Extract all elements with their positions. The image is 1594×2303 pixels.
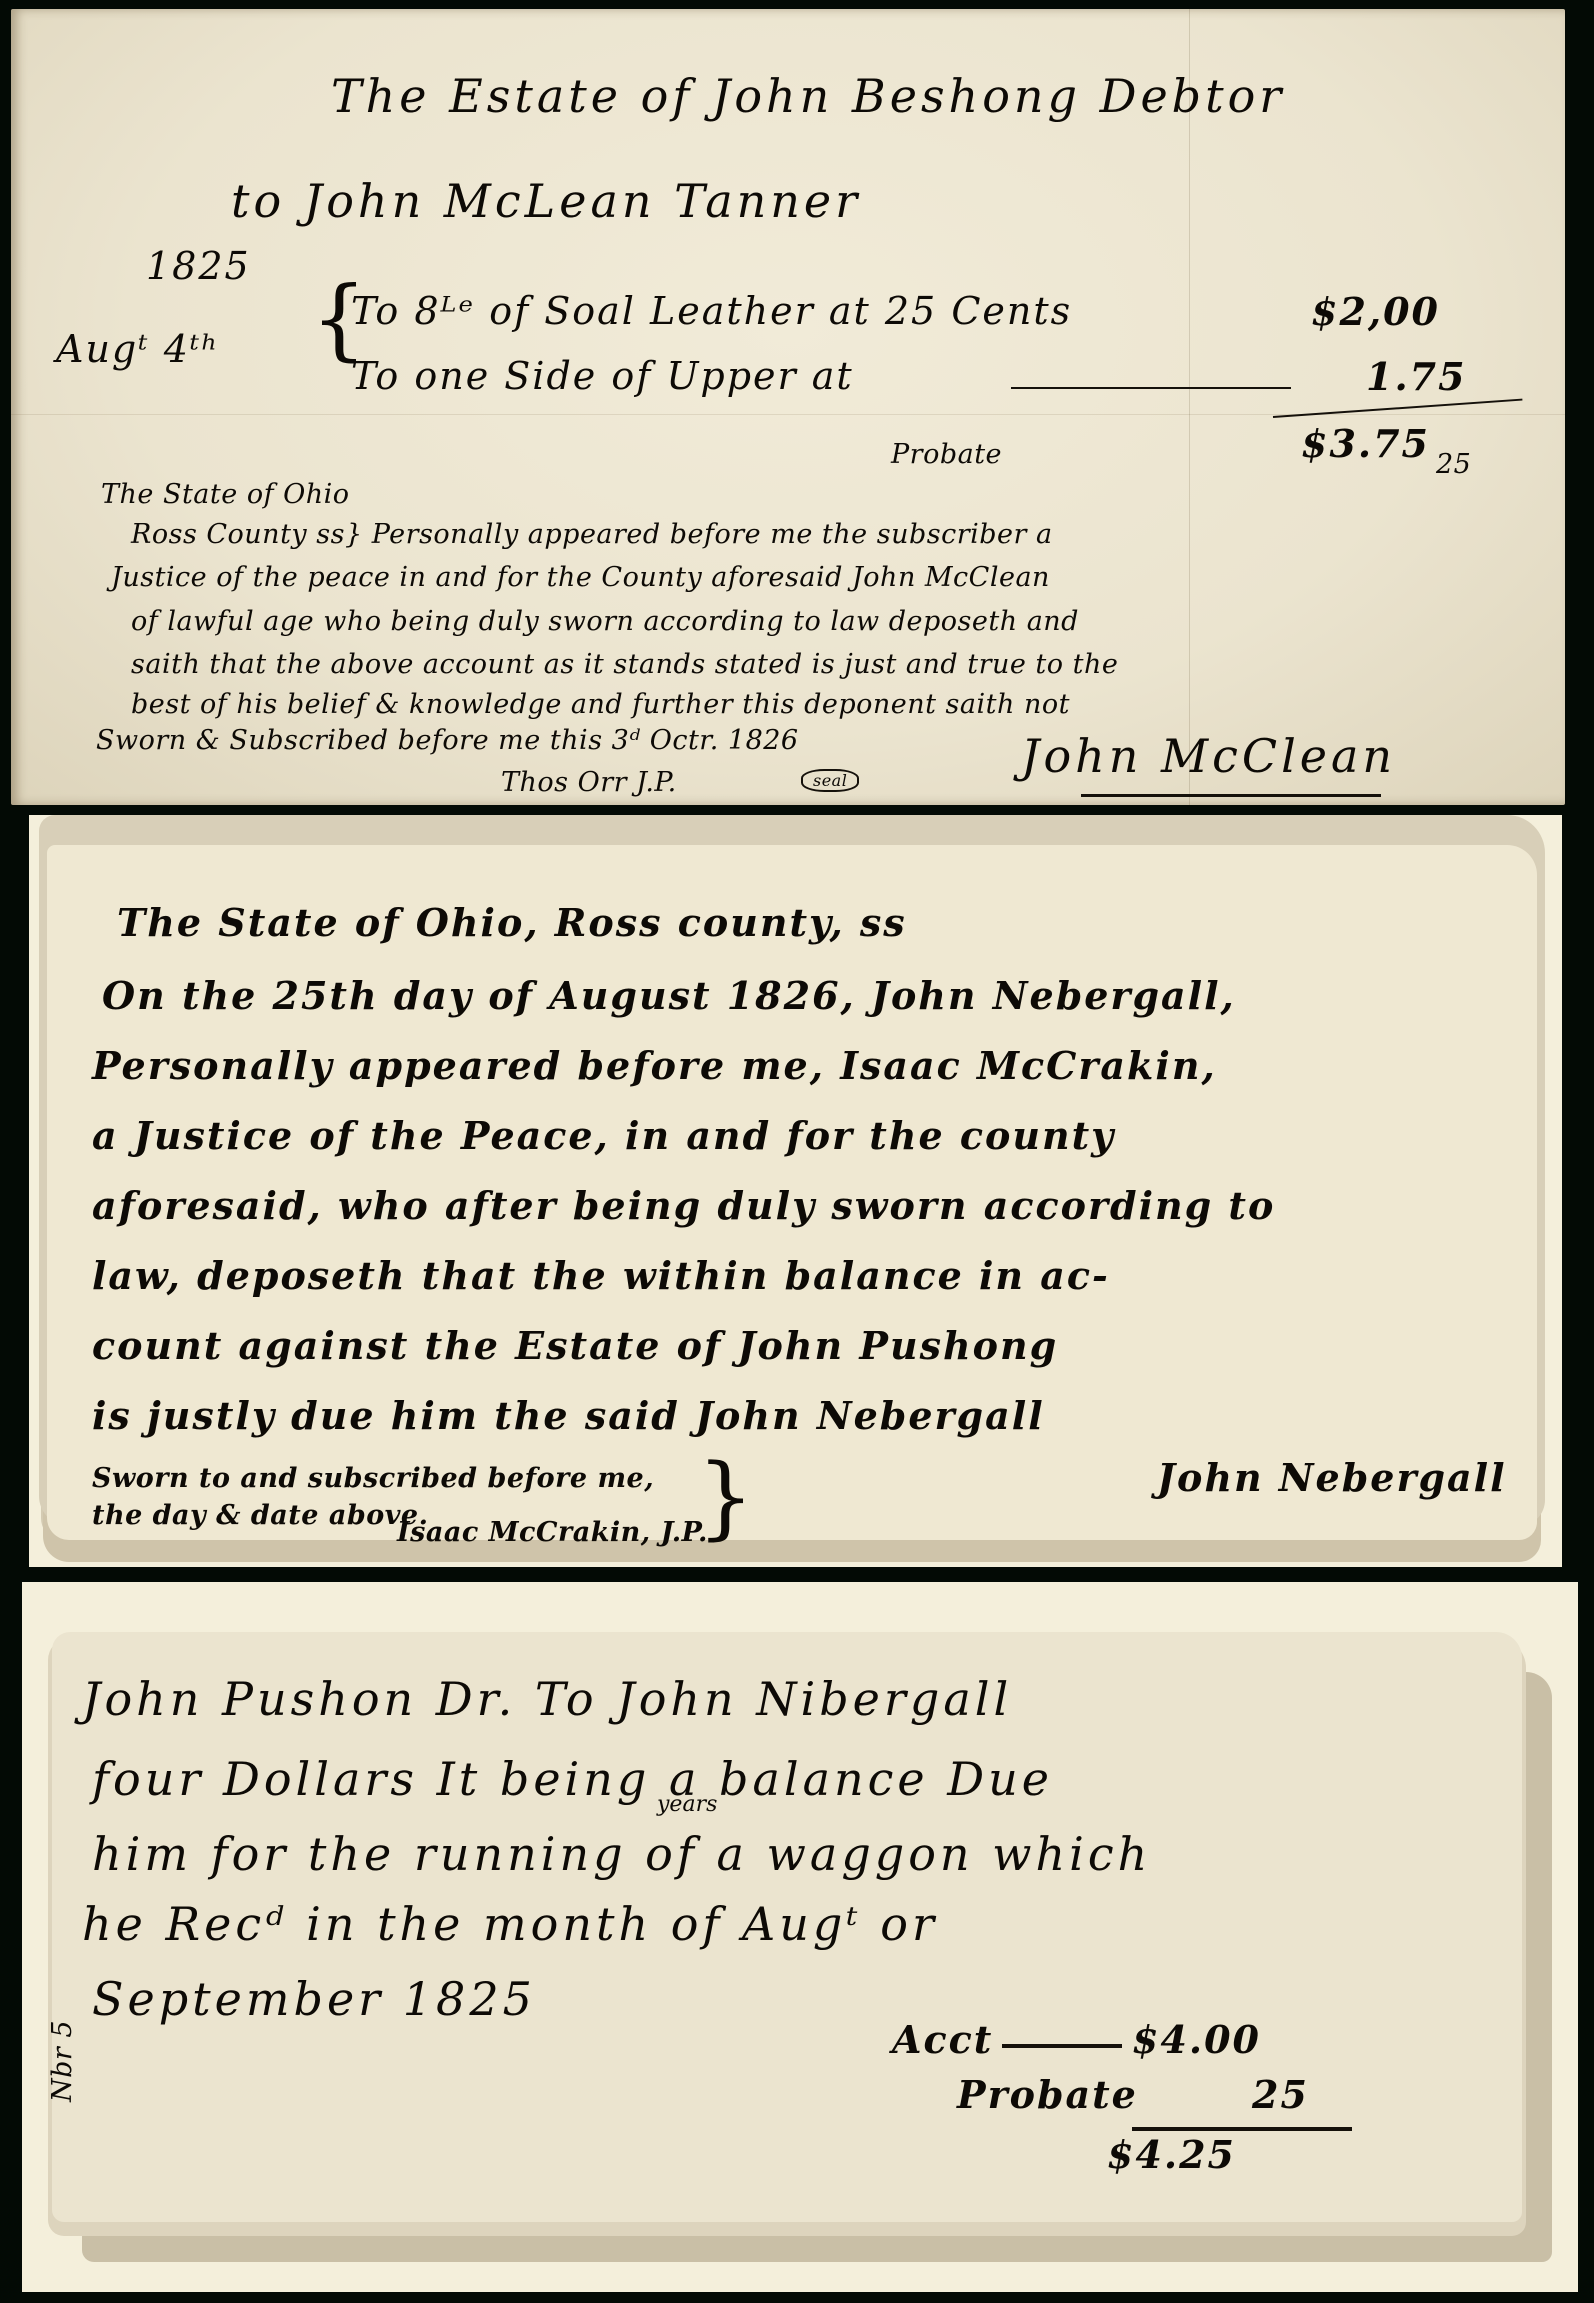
- leader-line: [1011, 387, 1291, 389]
- account-label: Acct: [892, 2017, 993, 2062]
- insertion-note: years: [657, 1792, 717, 1817]
- bill-subtotal: $3.75: [1301, 421, 1430, 466]
- account-line: John Pushon Dr. To John Nibergall: [82, 1672, 1012, 1726]
- seal-mark: seal: [801, 769, 859, 792]
- affidavit-line: count against the Estate of John Pushong: [92, 1323, 1058, 1368]
- jurat-line: Sworn to and subscribed before me,: [92, 1463, 654, 1494]
- account-line: him for the running of a waggon which: [92, 1827, 1151, 1881]
- probate-amount: 25: [1252, 2072, 1309, 2117]
- probate-fee: 25: [1436, 449, 1471, 480]
- bill-item-amount: $2,00: [1311, 289, 1440, 334]
- seal-brace-icon: }: [697, 1445, 754, 1550]
- bill-item-description: To 8ᴸᵉ of Soal Leather at 25 Cents: [351, 289, 1072, 333]
- affidavit-line: On the 25th day of August 1826, John Neb…: [102, 973, 1236, 1018]
- affidavit-line: Ross County ss} Personally appeared befo…: [131, 519, 1053, 550]
- affidavit-jurat: Sworn & Subscribed before me this 3ᵈ Oct…: [96, 725, 799, 756]
- affidavit-line: Personally appeared before me, Isaac McC…: [92, 1043, 1217, 1088]
- bill-item-amount: 1.75: [1366, 354, 1467, 399]
- affiant-signature: John McClean: [1021, 729, 1396, 783]
- paper-sheet: John Pushon Dr. To John Nibergall four D…: [52, 1632, 1522, 2222]
- affidavit-line: saith that the above account as it stand…: [131, 649, 1118, 680]
- affidavit-line: law, deposeth that the within balance in…: [92, 1253, 1110, 1298]
- justice-signature: Isaac McCrakin, J.P.: [397, 1517, 708, 1548]
- sum-rule: [1273, 399, 1523, 418]
- leader-line: [1002, 2044, 1122, 2048]
- bill-year: 1825: [146, 244, 251, 288]
- account-line: four Dollars It being a balance Due: [92, 1752, 1053, 1806]
- signature-underline: [1081, 794, 1381, 797]
- affidavit-document: The State of Ohio, Ross county, ss On th…: [29, 815, 1562, 1567]
- probate-label: Probate: [891, 439, 1002, 470]
- affidavit-line: of lawful age who being duly sworn accor…: [131, 606, 1079, 637]
- jurat-line: the day & date above.: [92, 1500, 429, 1531]
- sum-rule: [1132, 2127, 1352, 2131]
- paper-fold-line: [1189, 9, 1190, 805]
- bill-title: The Estate of John Beshong Debtor: [331, 69, 1285, 123]
- affidavit-line: best of his belief & knowledge and furth…: [131, 689, 1070, 720]
- account-document: John Pushon Dr. To John Nibergall four D…: [22, 1582, 1578, 2292]
- paper-sheet: The State of Ohio, Ross county, ss On th…: [47, 845, 1537, 1540]
- affidavit-line: The State of Ohio, Ross county, ss: [117, 900, 907, 945]
- account-amount: $4.00: [1132, 2017, 1261, 2062]
- affiant-signature: John Nebergall: [1157, 1455, 1507, 1500]
- account-line: September 1825: [92, 1972, 536, 2026]
- probate-label: Probate: [957, 2072, 1138, 2117]
- affidavit-line: aforesaid, who after being duly sworn ac…: [92, 1183, 1275, 1228]
- affidavit-line: is justly due him the said John Nebergal…: [92, 1393, 1045, 1438]
- bill-item-description: To one Side of Upper at: [351, 354, 854, 398]
- account-total: $4.25: [1107, 2132, 1236, 2177]
- affidavit-heading: The State of Ohio: [101, 479, 350, 510]
- affidavit-line: Justice of the peace in and for the Coun…: [111, 562, 1050, 593]
- tanner-bill-document: The Estate of John Beshong Debtor to Joh…: [11, 9, 1565, 805]
- paper-fold-line: [11, 414, 1565, 415]
- account-line: he Recᵈ in the month of Augᵗ or: [82, 1897, 938, 1951]
- margin-note: Nbr 5: [47, 2020, 78, 2102]
- affidavit-line: a Justice of the Peace, in and for the c…: [92, 1113, 1115, 1158]
- bill-creditor: to John McLean Tanner: [231, 174, 861, 228]
- justice-signature: Thos Orr J.P.: [501, 767, 677, 798]
- bill-date: Augᵗ 4ᵗʰ: [56, 327, 220, 371]
